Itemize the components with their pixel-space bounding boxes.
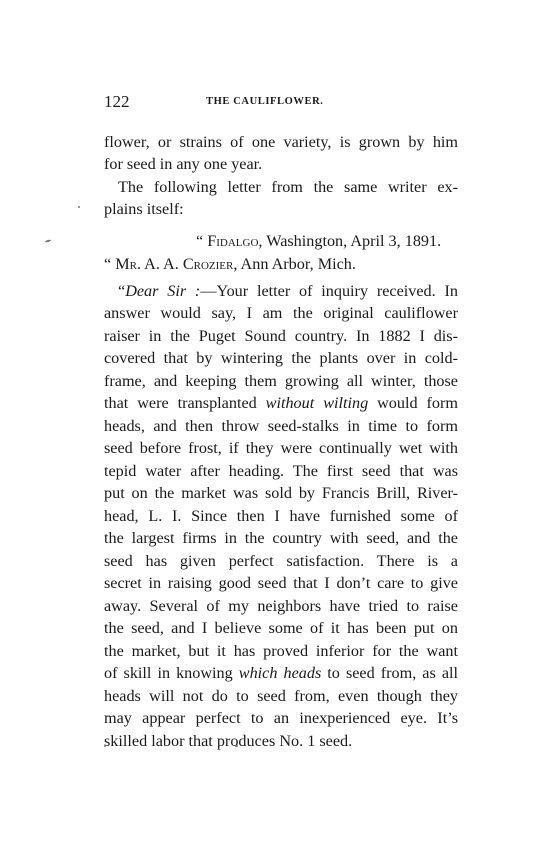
dateline-rest: , Washington, April 3, 1891. [258, 232, 441, 250]
text-line: away. Several of my neighbors have tried… [104, 595, 458, 617]
dateline-place: Fidalgo [207, 232, 258, 250]
addressee-name: Mr. A. A. Crozier [115, 255, 233, 273]
text-line-italic: of skill in knowing which heads to seed … [104, 662, 458, 684]
text-line: frame, and keeping them growing all wint… [104, 370, 458, 392]
text-line: plains itself: [104, 198, 458, 220]
letter-dateline: “ Fidalgo, Washington, April 3, 1891. [196, 230, 458, 252]
text-line: seed before frost, if they were continua… [104, 437, 458, 459]
text-line: heads will not do to seed from, even tho… [104, 685, 458, 707]
text-line: the market, but it has proved inferior f… [104, 640, 458, 662]
text-line: the largest firms in the country with se… [104, 527, 458, 549]
text-line: raiser in the Puget Sound country. In 18… [104, 325, 458, 347]
open-quote: “ [196, 232, 207, 250]
text-line: for seed in any one year. [104, 153, 458, 175]
text-line: The following letter from the same write… [104, 176, 458, 198]
text-line: head, L. I. Since then I have furnished … [104, 505, 458, 527]
text-line: answer would say, I am the original caul… [104, 302, 458, 324]
text-line: skilled labor that produces No. 1 seed. [104, 730, 458, 752]
text-line: seed has given perfect satisfaction. The… [104, 550, 458, 572]
salutation-rest: —Your letter of inquiry received. In [200, 282, 458, 300]
scan-speck [235, 745, 238, 747]
running-title: THE CAULIFLOWER. [206, 95, 324, 109]
open-quote: “ [104, 255, 115, 273]
text-span: would form [368, 394, 458, 412]
text-line: the seed, and I believe some of it has b… [104, 617, 458, 639]
text-line: put on the market was sold by Francis Br… [104, 482, 458, 504]
scan-speck [78, 206, 80, 208]
text-line-italic: that were transplanted without wilting w… [104, 392, 458, 414]
text-span: to seed from, as all [321, 664, 458, 682]
text-line: flower, or strains of one variety, is gr… [104, 131, 458, 153]
italic-phrase: which heads [239, 664, 321, 682]
salutation: Dear Sir : [125, 282, 200, 300]
text-line: covered that by wintering the plants ove… [104, 347, 458, 369]
letter-addressee: “ Mr. A. A. Crozier, Ann Arbor, Mich. [104, 253, 404, 275]
text-span: of skill in knowing [104, 664, 239, 682]
book-page: 122 THE CAULIFLOWER. flower, or strains … [0, 0, 552, 867]
scan-speck [104, 745, 106, 747]
italic-phrase: without wilting [266, 394, 369, 412]
addressee-rest: , Ann Arbor, Mich. [233, 255, 356, 273]
page-number: 122 [104, 92, 130, 112]
scan-speck [45, 239, 51, 242]
letter-salutation-line: “Dear Sir :—Your letter of inquiry recei… [104, 280, 458, 302]
text-line: tepid water after heading. The first see… [104, 460, 458, 482]
text-line: secret in raising good seed that I don’t… [104, 572, 458, 594]
text-line: heads, and then throw seed-stalks in tim… [104, 415, 458, 437]
text-span: that were transplanted [104, 394, 266, 412]
text-line: may appear perfect to an inexperienced e… [104, 707, 458, 729]
page-header: 122 THE CAULIFLOWER. [104, 92, 458, 112]
